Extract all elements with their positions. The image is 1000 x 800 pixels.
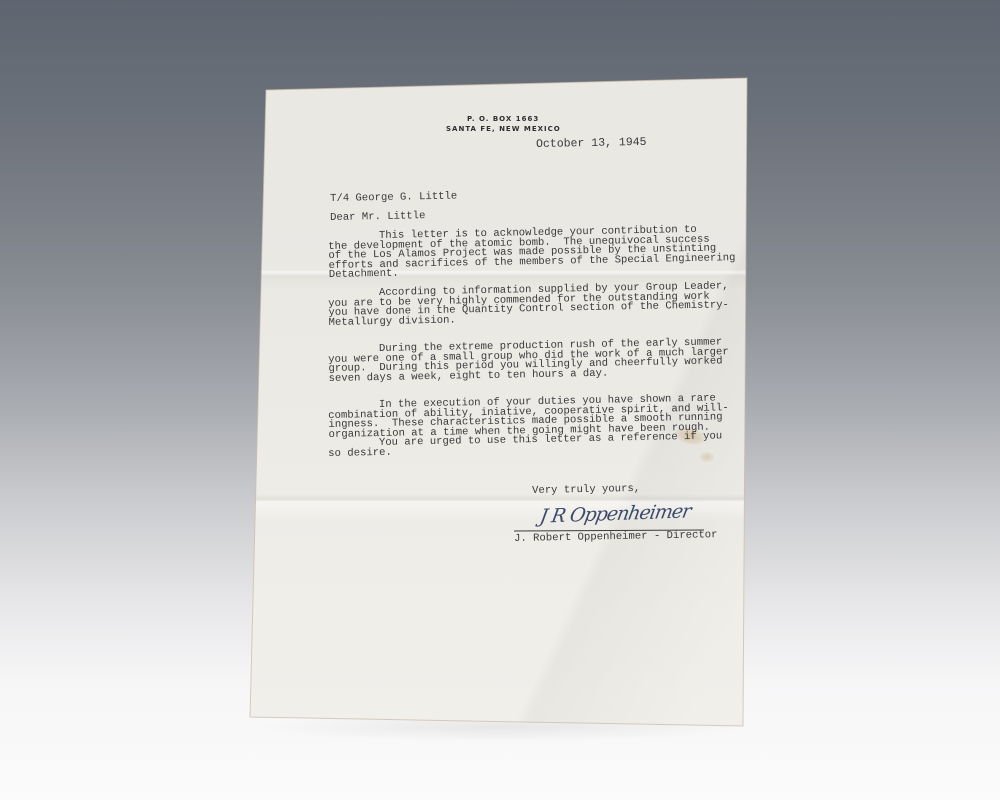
letter-recipient: T/4 George G. Little	[330, 193, 457, 205]
letterhead-po-box: P. O. BOX 1663	[446, 114, 566, 124]
letter-paragraph: This letter is to acknowledge your contr…	[328, 225, 736, 281]
letter-salutation: Dear Mr. Little	[330, 212, 426, 223]
letter-date: October 13, 1945	[536, 138, 647, 150]
letter-closing: Very truly yours,	[532, 485, 640, 497]
paper-stain-small	[700, 452, 714, 462]
letterhead-city: SANTA FE, NEW MEXICO	[446, 124, 566, 134]
letterhead: P. O. BOX 1663 SANTA FE, NEW MEXICO	[446, 114, 566, 134]
letter-paragraph: During the extreme production rush of th…	[328, 338, 729, 384]
letter-paragraph: According to information supplied by you…	[328, 282, 729, 328]
